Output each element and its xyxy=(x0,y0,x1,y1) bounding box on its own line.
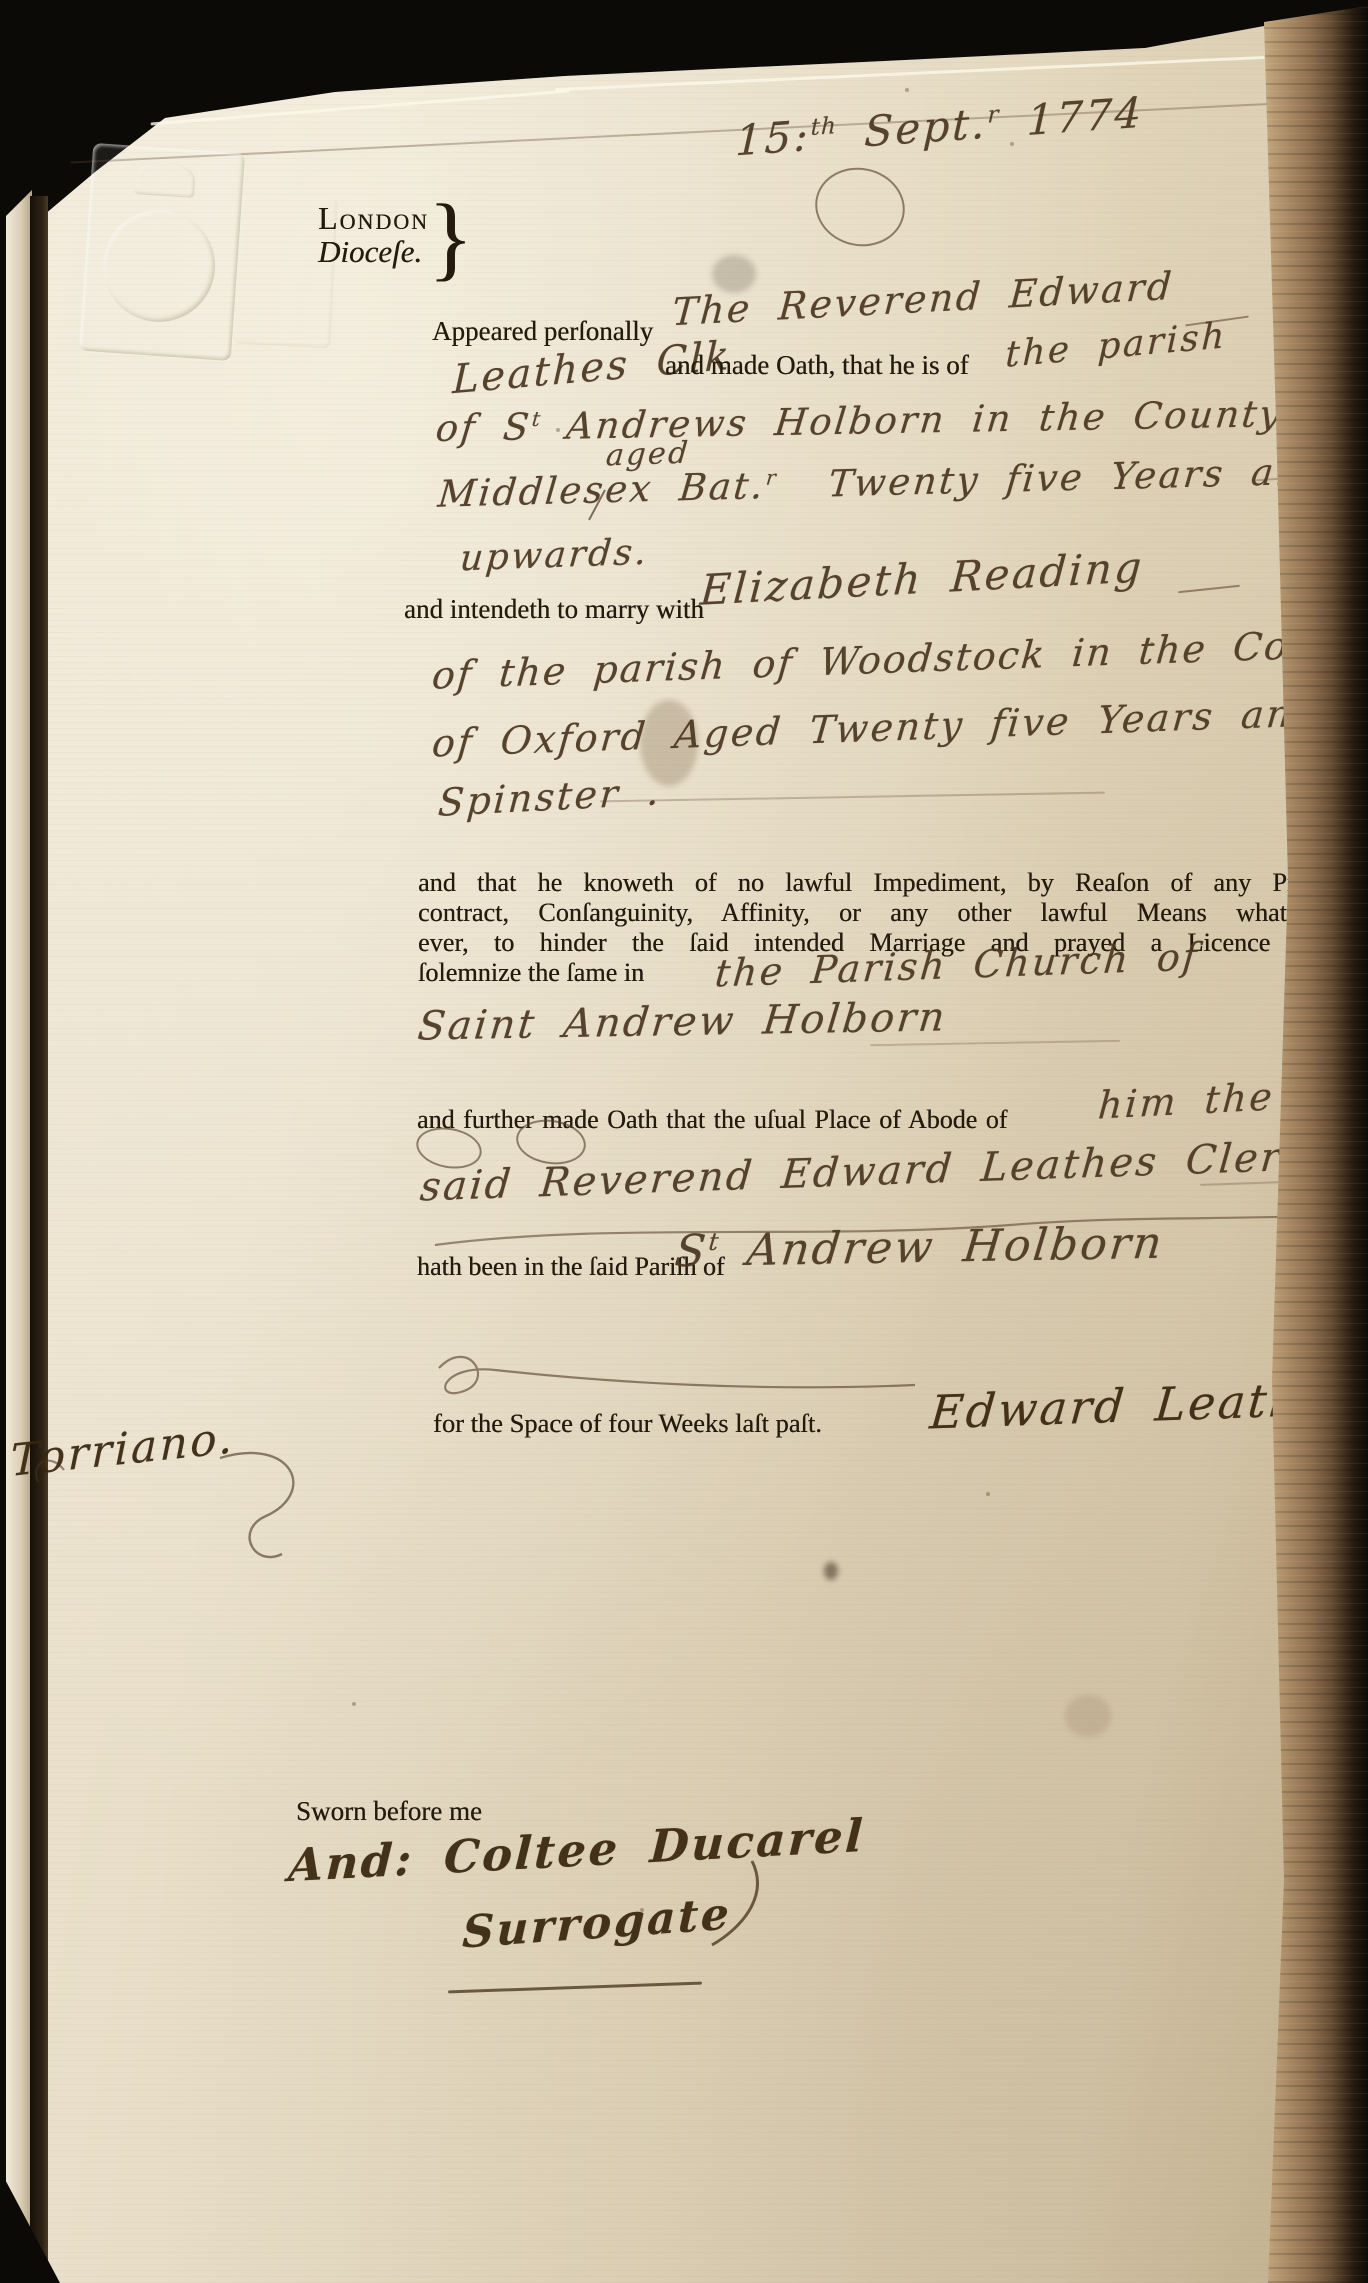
diocese-name: London xyxy=(318,200,429,237)
intend-label: and intendeth to marry with xyxy=(404,594,704,625)
stamp-circle-motif xyxy=(99,206,219,326)
speck xyxy=(352,1702,356,1706)
hw-upwards: upwards. xyxy=(458,535,650,578)
hw-church-line2: Saint Andrew Holborn xyxy=(416,997,949,1046)
embossed-revenue-stamp xyxy=(79,143,245,361)
parish-sup: t xyxy=(531,407,543,431)
impediment-line4: ſolemnize the ſame in xyxy=(418,958,644,988)
ink-spot xyxy=(824,1562,838,1580)
date-month-suffix: r xyxy=(987,102,1000,129)
date-year: 1774 xyxy=(1026,88,1144,145)
underlying-page-edge xyxy=(6,190,32,2283)
flourish-squiggle xyxy=(425,1330,925,1410)
hw-him-the: him the xyxy=(1097,1077,1276,1124)
binding-gutter-shadow xyxy=(30,196,48,2283)
hw-residence-parish: St Andrew Holborn xyxy=(673,1222,1166,1275)
bride-line-4: Spinster . xyxy=(437,772,663,822)
diocese-word: Dioceſe. xyxy=(318,234,422,270)
date-month: Sept. xyxy=(863,99,988,157)
residence-sup: t xyxy=(707,1228,721,1256)
abode-printed: and further made Oath that the uſual Pla… xyxy=(417,1105,1007,1135)
sworn-label: Sworn before me xyxy=(296,1796,482,1827)
residence-pre: S xyxy=(672,1226,710,1278)
residence-post: Andrew Holborn xyxy=(744,1218,1166,1276)
foxing-spot xyxy=(1065,1695,1111,1737)
scanned-document-page: 15:th Sept.r 1774 London Dioceſe. } Appe… xyxy=(0,0,1368,2283)
speck xyxy=(986,1492,990,1496)
county-pre: Middlesex Bat. xyxy=(436,464,767,516)
parish-pre: of S xyxy=(434,405,534,450)
impediment-line1: and that he knoweth of no lawful Impedim… xyxy=(418,868,1316,898)
stamp-crown-motif xyxy=(134,160,196,198)
impediment-line2: contract, Conſanguinity, Affinity, or an… xyxy=(418,898,1316,928)
oath-label: and made Oath, that he is of xyxy=(665,350,969,381)
speck xyxy=(905,88,909,92)
date-day: 15: xyxy=(735,111,812,165)
duration-printed: for the Space of four Weeks laſt paſt. xyxy=(433,1408,822,1439)
county-sup: r xyxy=(765,465,778,489)
signature-flourish xyxy=(30,1430,330,1600)
date-day-suffix: th xyxy=(810,113,837,141)
printed-brace: } xyxy=(428,184,473,292)
